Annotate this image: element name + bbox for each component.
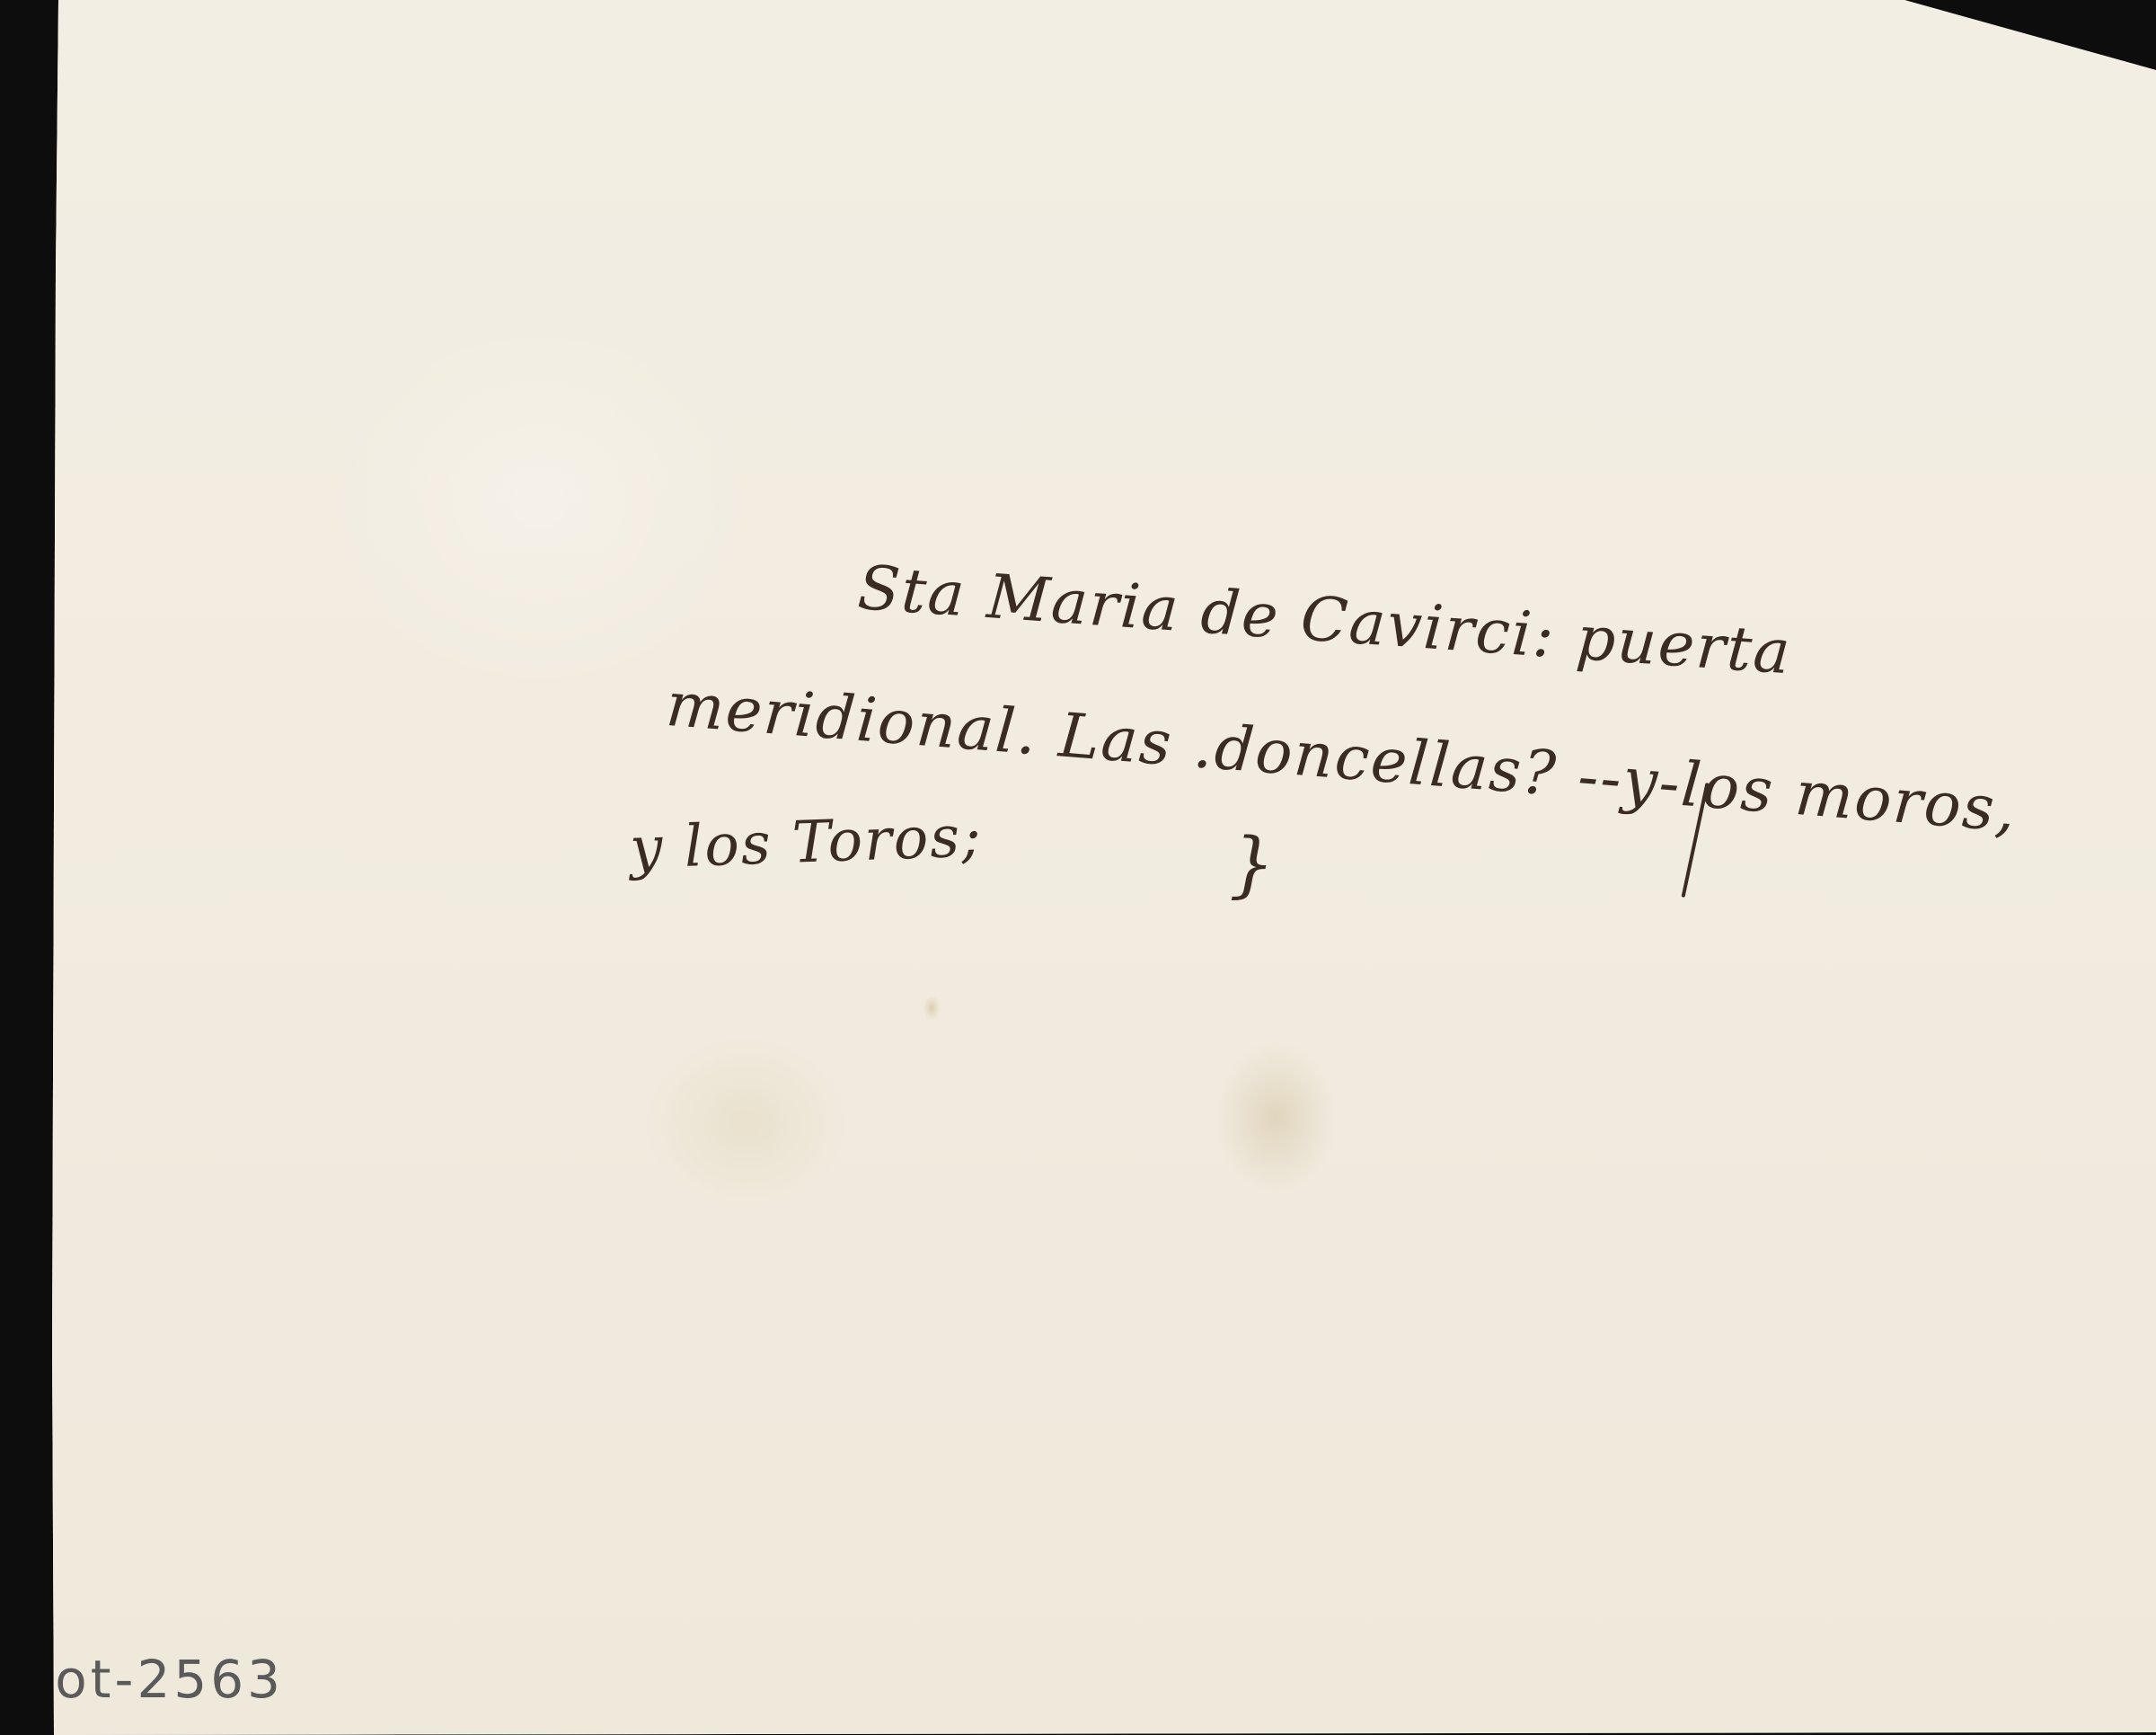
catalog-number: Fot-2563 — [23, 1649, 284, 1710]
inscription-line-3: y los Toros; — [629, 803, 984, 882]
paper-sheet: Sta Maria de Cavirci: puerta meridional.… — [0, 0, 2156, 1735]
inscription-line-1: Sta Maria de Cavirci: puerta — [855, 553, 1794, 688]
bracket-mark: } — [1229, 822, 1275, 906]
scanned-document: Sta Maria de Cavirci: puerta meridional.… — [0, 0, 2156, 1735]
